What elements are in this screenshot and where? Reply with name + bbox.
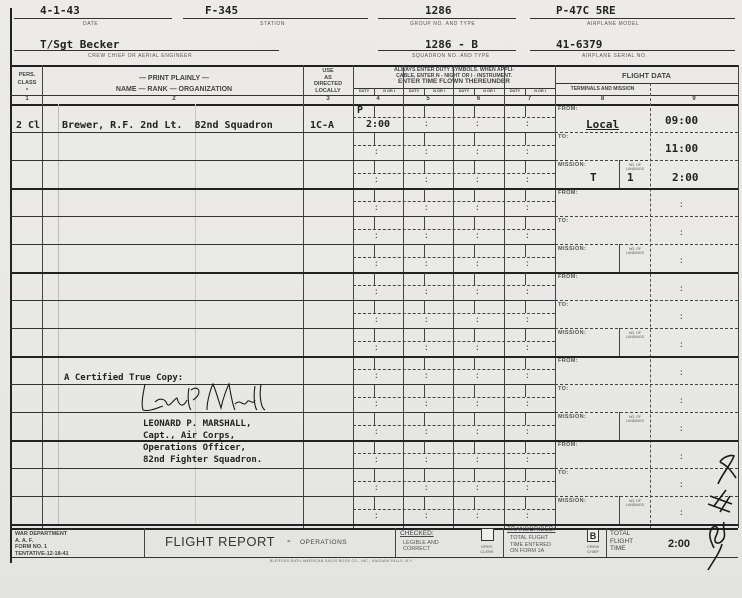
certifier-block: LEONARD P. MARSHALL, Capt., Air Corps, O… (143, 418, 262, 466)
crew-chief-mark: B (590, 531, 597, 541)
duty-subheading: DUTY (505, 89, 525, 93)
entry-time-total: 2:00 (672, 171, 699, 184)
squadron-label: SQUADRON NO. AND TYPE (412, 53, 490, 59)
duty-split-line (525, 245, 526, 257)
time-colon: : (375, 511, 378, 520)
duty-split-line (424, 357, 425, 369)
time-colon: : (425, 203, 428, 212)
footer-divider-2 (395, 528, 396, 557)
duty-split-line (424, 441, 425, 453)
time-colon: : (476, 483, 479, 492)
time-colon: : (476, 147, 479, 156)
use-label-4: LOCALLY (303, 88, 353, 95)
group-label: GROUP NO. AND TYPE (410, 21, 475, 27)
duty-sub-split-5 (424, 88, 425, 95)
flight-row-line (555, 216, 738, 217)
name-col-line (303, 65, 304, 528)
time-colon: : (476, 343, 479, 352)
time-col-line (650, 83, 651, 528)
duty-instructions: ALWAYS ENTER DUTY SYMBOLS. WHEN APPLI- C… (353, 67, 555, 85)
duty-split-line (525, 357, 526, 369)
duty-split-line (474, 357, 475, 369)
duty-split-line (424, 217, 425, 229)
time-colon: : (425, 399, 428, 408)
duty-sub-split-6 (474, 88, 475, 95)
duty-sub-split-7 (525, 88, 526, 95)
time-colon: : (476, 511, 479, 520)
legible-line-2: CORRECT (403, 546, 439, 552)
station-value: F-345 (205, 4, 238, 17)
time-colon: : (375, 147, 378, 156)
from-label: FROM: (558, 274, 578, 280)
duty-split-line (374, 497, 375, 509)
to-label: TO: (558, 302, 569, 308)
entry-use: 1C-A (310, 120, 334, 131)
flight-row-line (555, 132, 738, 133)
duty-mid-line (353, 117, 555, 118)
flight-row-line (555, 300, 738, 301)
duty-split-line (474, 273, 475, 285)
time-colon: : (375, 315, 378, 324)
printer-line: BLEIFUSS-RATH-AMERICAN SALES BOOK CO., I… (270, 559, 413, 563)
date-value: 4-1-43 (40, 4, 80, 17)
crew-chief-checkbox[interactable]: B (587, 529, 599, 542)
mission-label: MISSION: (558, 330, 586, 336)
time-colon: : (526, 287, 529, 296)
certifier-name: LEONARD P. MARSHALL, (143, 418, 262, 430)
from-label: FROM: (558, 106, 578, 112)
time-colon: : (425, 483, 428, 492)
duty-subheading: DUTY (354, 89, 374, 93)
duty-split-line (474, 413, 475, 425)
time-colon: : (425, 511, 428, 520)
form-subtitle: OPERATIONS (300, 539, 347, 546)
signature-icon (137, 380, 272, 420)
time-colon: : (375, 259, 378, 268)
trans-line-1: TOTAL FLIGHT (510, 535, 551, 542)
time-colon: : (425, 455, 428, 464)
duty5-col-line (403, 65, 404, 528)
duty-split-line (374, 469, 375, 481)
time-colon: : (526, 399, 529, 408)
time-colon: : (375, 399, 378, 408)
duty-split-line (525, 301, 526, 313)
margin-note-icon (700, 448, 740, 578)
time-colon: : (425, 343, 428, 352)
certifier-title: Operations Officer, (143, 442, 262, 454)
duty-split-line (474, 301, 475, 313)
duty-split-line (474, 469, 475, 481)
pers-label-1: PERS. (12, 71, 42, 79)
table-bottom-line (10, 524, 738, 526)
flight-time-colon: : (680, 228, 683, 237)
duty-split-line (474, 385, 475, 397)
use-heading: USE AS DIRECTED LOCALLY (303, 68, 353, 94)
flight-data-heading: FLIGHT DATA (555, 71, 738, 80)
duty-split-line (424, 413, 425, 425)
duty-split-line (374, 385, 375, 397)
duty-split-line (525, 441, 526, 453)
time-colon: : (425, 259, 428, 268)
total-line-2: FLIGHT (610, 538, 633, 546)
landings-label: NO. OF LANDINGS (621, 331, 649, 339)
certifier-unit: 82nd Fighter Squadron. (143, 454, 262, 466)
n-or-i-subheading: N OR I (425, 89, 453, 93)
col-num-8: 8 (555, 96, 650, 102)
pers-col-line (42, 65, 43, 528)
flight-row-line (555, 272, 738, 274)
flight-time-colon: : (680, 424, 683, 433)
footer-divider-3 (503, 528, 504, 557)
duty-split-line (374, 329, 375, 341)
duty-split-line (424, 273, 425, 285)
landings-box-line (619, 160, 620, 188)
use-col-line (353, 65, 354, 528)
time-colon: : (476, 231, 479, 240)
time-colon: : (425, 315, 428, 324)
flight-row-line (555, 328, 738, 329)
duty-split-line (374, 189, 375, 201)
time-colon: : (375, 455, 378, 464)
flight-time-colon: : (680, 340, 683, 349)
to-label: TO: (558, 218, 569, 224)
time-colon: : (425, 119, 428, 128)
landings-label: NO. OF LANDINGS (621, 163, 649, 171)
print-plainly-label: — PRINT PLAINLY — (45, 73, 303, 84)
duty-split-line (374, 245, 375, 257)
group-underline (378, 18, 516, 19)
time-colon: : (526, 483, 529, 492)
certifier-rank: Capt., Air Corps, (143, 430, 262, 442)
footer-bottom-line (10, 557, 738, 558)
transcribed-note: TOTAL FLIGHT TIME ENTERED ON FORM 1A (510, 535, 551, 555)
duty-split-line (474, 497, 475, 509)
flight-row-line (555, 188, 738, 190)
landings-label: NO. OF LANDINGS (621, 499, 649, 507)
duty-mid-line (353, 313, 555, 314)
oper-clerk-checkbox[interactable] (481, 528, 494, 541)
col-num-9: 9 (650, 96, 738, 102)
flight-row-line (555, 160, 738, 161)
checked-label: CHECKED: (400, 530, 434, 537)
duty-mid-line (353, 397, 555, 398)
duty-mid-line (353, 145, 555, 146)
entry-time-from: 09:00 (665, 114, 698, 127)
duty-split-line (374, 273, 375, 285)
duty-mid-line (353, 425, 555, 426)
landings-label: NO. OF LANDINGS (621, 415, 649, 423)
n-or-i-subheading: N OR I (475, 89, 503, 93)
time-colon: : (526, 315, 529, 324)
flight-row-line (555, 412, 738, 413)
form-title-dash: - (287, 535, 291, 547)
flight-report-form: 4-1-43 DATE F-345 STATION 1286 GROUP NO.… (0, 0, 742, 598)
duty-split-line (374, 161, 375, 173)
duty-split-line (474, 133, 475, 145)
war-department-block: WAR DEPARTMENT A. A. F. FORM NO. 1 TENTA… (15, 531, 69, 557)
duty-mid-line (353, 201, 555, 202)
duty-subheading: DUTY (404, 89, 424, 93)
entry-from: Local (586, 118, 619, 131)
time-colon: : (476, 119, 479, 128)
duty-mid-line (353, 257, 555, 258)
duty-split-line (474, 329, 475, 341)
time-colon: : (425, 371, 428, 380)
time-colon: : (375, 203, 378, 212)
time-colon: : (526, 371, 529, 380)
crew-chief-label: CREW CHIEF OR AERIAL ENGINEER (88, 53, 192, 59)
flight-time-colon: : (680, 284, 683, 293)
time-colon: : (526, 147, 529, 156)
serial-underline (530, 50, 735, 51)
duty-split-line (374, 357, 375, 369)
duty-split-line (525, 413, 526, 425)
duty-split-line (525, 133, 526, 145)
duty-mid-line (353, 453, 555, 454)
duty-split-line (374, 301, 375, 313)
duty-split-line (525, 161, 526, 173)
duty-split-line (374, 413, 375, 425)
time-colon: : (476, 287, 479, 296)
duty7-col-line (504, 65, 505, 528)
transcribed-label: TRANSCRIBED: (507, 526, 555, 533)
crew-line-2: CHIEF (582, 549, 604, 554)
time-colon: : (425, 231, 428, 240)
duty-split-line (474, 189, 475, 201)
duty-mid-line (353, 481, 555, 482)
to-label: TO: (558, 134, 569, 140)
landings-box-line (619, 244, 620, 272)
duty-split-line (474, 245, 475, 257)
total-line-1: TOTAL (610, 530, 633, 538)
serial-label: AIRPLANE SERIAL NO. (582, 53, 647, 59)
flight-time-colon: : (680, 452, 683, 461)
duty-mid-line (353, 285, 555, 286)
landings-box-line (619, 412, 620, 440)
squadron-underline (378, 50, 516, 51)
time-colon: : (526, 455, 529, 464)
airplane-model-label: AIRPLANE MODEL (587, 21, 639, 27)
name-rank-org-label: NAME — RANK — ORGANIZATION (45, 84, 303, 95)
to-label: TO: (558, 470, 569, 476)
duty-sub-split-4 (374, 88, 375, 95)
trans-line-3: ON FORM 1A (510, 548, 551, 555)
duty-split-line (424, 245, 425, 257)
name-margin-line (58, 104, 59, 524)
entry-time-to: 11:00 (665, 142, 698, 155)
to-label: TO: (558, 386, 569, 392)
duty-mid-line (353, 173, 555, 174)
flight-data-sub-line (555, 83, 738, 84)
time-colon: : (425, 175, 428, 184)
from-label: FROM: (558, 190, 578, 196)
landings-box-line (619, 328, 620, 356)
duty-mid-line (353, 341, 555, 342)
time-colon: : (526, 427, 529, 436)
flight-time-colon: : (680, 312, 683, 321)
time-colon: : (425, 287, 428, 296)
pers-class-heading: PERS. CLASS * (12, 71, 42, 95)
airplane-model-value: P-47C 5RE (556, 4, 616, 17)
time-colon: : (476, 315, 479, 324)
crew-chief-underline (14, 50, 279, 51)
duty-split-line (374, 441, 375, 453)
duty-split-line (374, 133, 375, 145)
duty-split-line (424, 329, 425, 341)
mission-label: MISSION: (558, 498, 586, 504)
oper-line-2: CLERK (474, 549, 500, 554)
time-colon: : (476, 427, 479, 436)
duty-split-line (424, 301, 425, 313)
duty-split-line (474, 217, 475, 229)
date-label: DATE (83, 21, 98, 27)
duty-split-line (424, 385, 425, 397)
crew-chief-label: CREW CHIEF (582, 544, 604, 554)
pers-mark: * (12, 87, 42, 95)
col-num-4: 4 (353, 96, 403, 102)
duty-split-line (525, 469, 526, 481)
duty-split-line (474, 161, 475, 173)
oper-clerk-label: OPER. CLERK (474, 544, 500, 554)
time-colon: : (425, 427, 428, 436)
model-underline (530, 18, 735, 19)
total-line-3: TIME (610, 545, 633, 553)
col-num-6: 6 (453, 96, 504, 102)
time-colon: : (476, 259, 479, 268)
duty-split-line (374, 105, 375, 117)
duty-split-line (424, 497, 425, 509)
terminals-heading: TERMINALS AND MISSION (555, 86, 650, 92)
duty-split-line (424, 161, 425, 173)
duty-split-line (525, 329, 526, 341)
time-colon: : (375, 231, 378, 240)
entry-duty-time: 2:00 (366, 119, 390, 130)
time-colon: : (476, 175, 479, 184)
duty-split-line (474, 105, 475, 117)
time-colon: : (476, 203, 479, 212)
flight-row-line (555, 384, 738, 385)
station-label: STATION (260, 21, 285, 27)
flight-time-colon: : (680, 480, 683, 489)
duty-subheading: DUTY (454, 89, 474, 93)
group-value: 1286 (425, 4, 452, 17)
duty-mid-line (353, 509, 555, 510)
dept-line-1: WAR DEPARTMENT (15, 531, 69, 538)
time-colon: : (526, 343, 529, 352)
duty-split-line (525, 385, 526, 397)
n-or-i-subheading: N OR I (526, 89, 554, 93)
flight-row-line (555, 244, 738, 245)
flight-time-colon: : (680, 200, 683, 209)
station-underline (183, 18, 368, 19)
duty-split-line (474, 441, 475, 453)
name-heading: — PRINT PLAINLY — NAME — RANK — ORGANIZA… (45, 73, 303, 95)
total-flight-time-label: TOTAL FLIGHT TIME (610, 530, 633, 553)
flight-data-col-line (555, 65, 556, 528)
duty-mid-line (353, 369, 555, 370)
entry-landings: 1 (627, 171, 634, 184)
entry-name: Brewer, R.F. 2nd Lt. 82nd Squadron (62, 120, 273, 131)
n-or-i-subheading: N OR I (375, 89, 403, 93)
time-colon: : (375, 371, 378, 380)
flight-time-colon: : (680, 368, 683, 377)
footer-divider-4 (606, 528, 607, 557)
mission-label: MISSION: (558, 246, 586, 252)
entry-mission: T (590, 171, 597, 184)
time-colon: : (526, 231, 529, 240)
flight-row-line (555, 356, 738, 358)
flight-row-line (555, 440, 738, 442)
duty-split-line (525, 189, 526, 201)
landings-label: NO. OF LANDINGS (621, 247, 649, 255)
duty-split-line (424, 469, 425, 481)
duty-instr-3: ENTER TIME FLOWN THEREUNDER (353, 79, 555, 85)
col-num-1: 1 (12, 96, 42, 102)
time-colon: : (526, 175, 529, 184)
date-underline (14, 18, 172, 19)
time-colon: : (375, 287, 378, 296)
time-colon: : (476, 399, 479, 408)
col-num-5: 5 (403, 96, 453, 102)
duty-split-line (525, 273, 526, 285)
legible-correct: LEGIBLE AND CORRECT (403, 540, 439, 552)
duty-split-line (424, 105, 425, 117)
duty-split-line (424, 133, 425, 145)
col-num-2: 2 (45, 96, 303, 102)
flight-time-colon: : (680, 256, 683, 265)
duty-mid-line (353, 229, 555, 230)
entry-duty-symbol: P (357, 105, 363, 116)
duty-split-line (424, 189, 425, 201)
time-colon: : (476, 371, 479, 380)
duty-split-line (525, 497, 526, 509)
time-colon: : (375, 175, 378, 184)
time-colon: : (425, 147, 428, 156)
total-flight-time-value: 2:00 (668, 538, 690, 550)
landings-box-line (619, 496, 620, 524)
time-colon: : (476, 455, 479, 464)
duty-split-line (525, 217, 526, 229)
duty-split-line (374, 217, 375, 229)
time-colon: : (526, 259, 529, 268)
footer-divider-1 (144, 528, 145, 557)
from-label: FROM: (558, 358, 578, 364)
time-colon: : (375, 343, 378, 352)
entry-pers-class: 2 Cl (16, 120, 40, 131)
col-num-7: 7 (504, 96, 555, 102)
duty-split-line (525, 105, 526, 117)
time-colon: : (375, 427, 378, 436)
col-num-3: 3 (303, 96, 353, 102)
mission-label: MISSION: (558, 414, 586, 420)
duty6-col-line (453, 65, 454, 528)
flight-time-colon: : (680, 508, 683, 517)
time-colon: : (526, 511, 529, 520)
mission-label: MISSION: (558, 162, 586, 168)
time-colon: : (526, 203, 529, 212)
form-title: FLIGHT REPORT (165, 534, 275, 549)
pers-label-2: CLASS (12, 79, 42, 87)
flight-time-colon: : (680, 396, 683, 405)
time-colon: : (526, 119, 529, 128)
time-colon: : (375, 483, 378, 492)
from-label: FROM: (558, 442, 578, 448)
